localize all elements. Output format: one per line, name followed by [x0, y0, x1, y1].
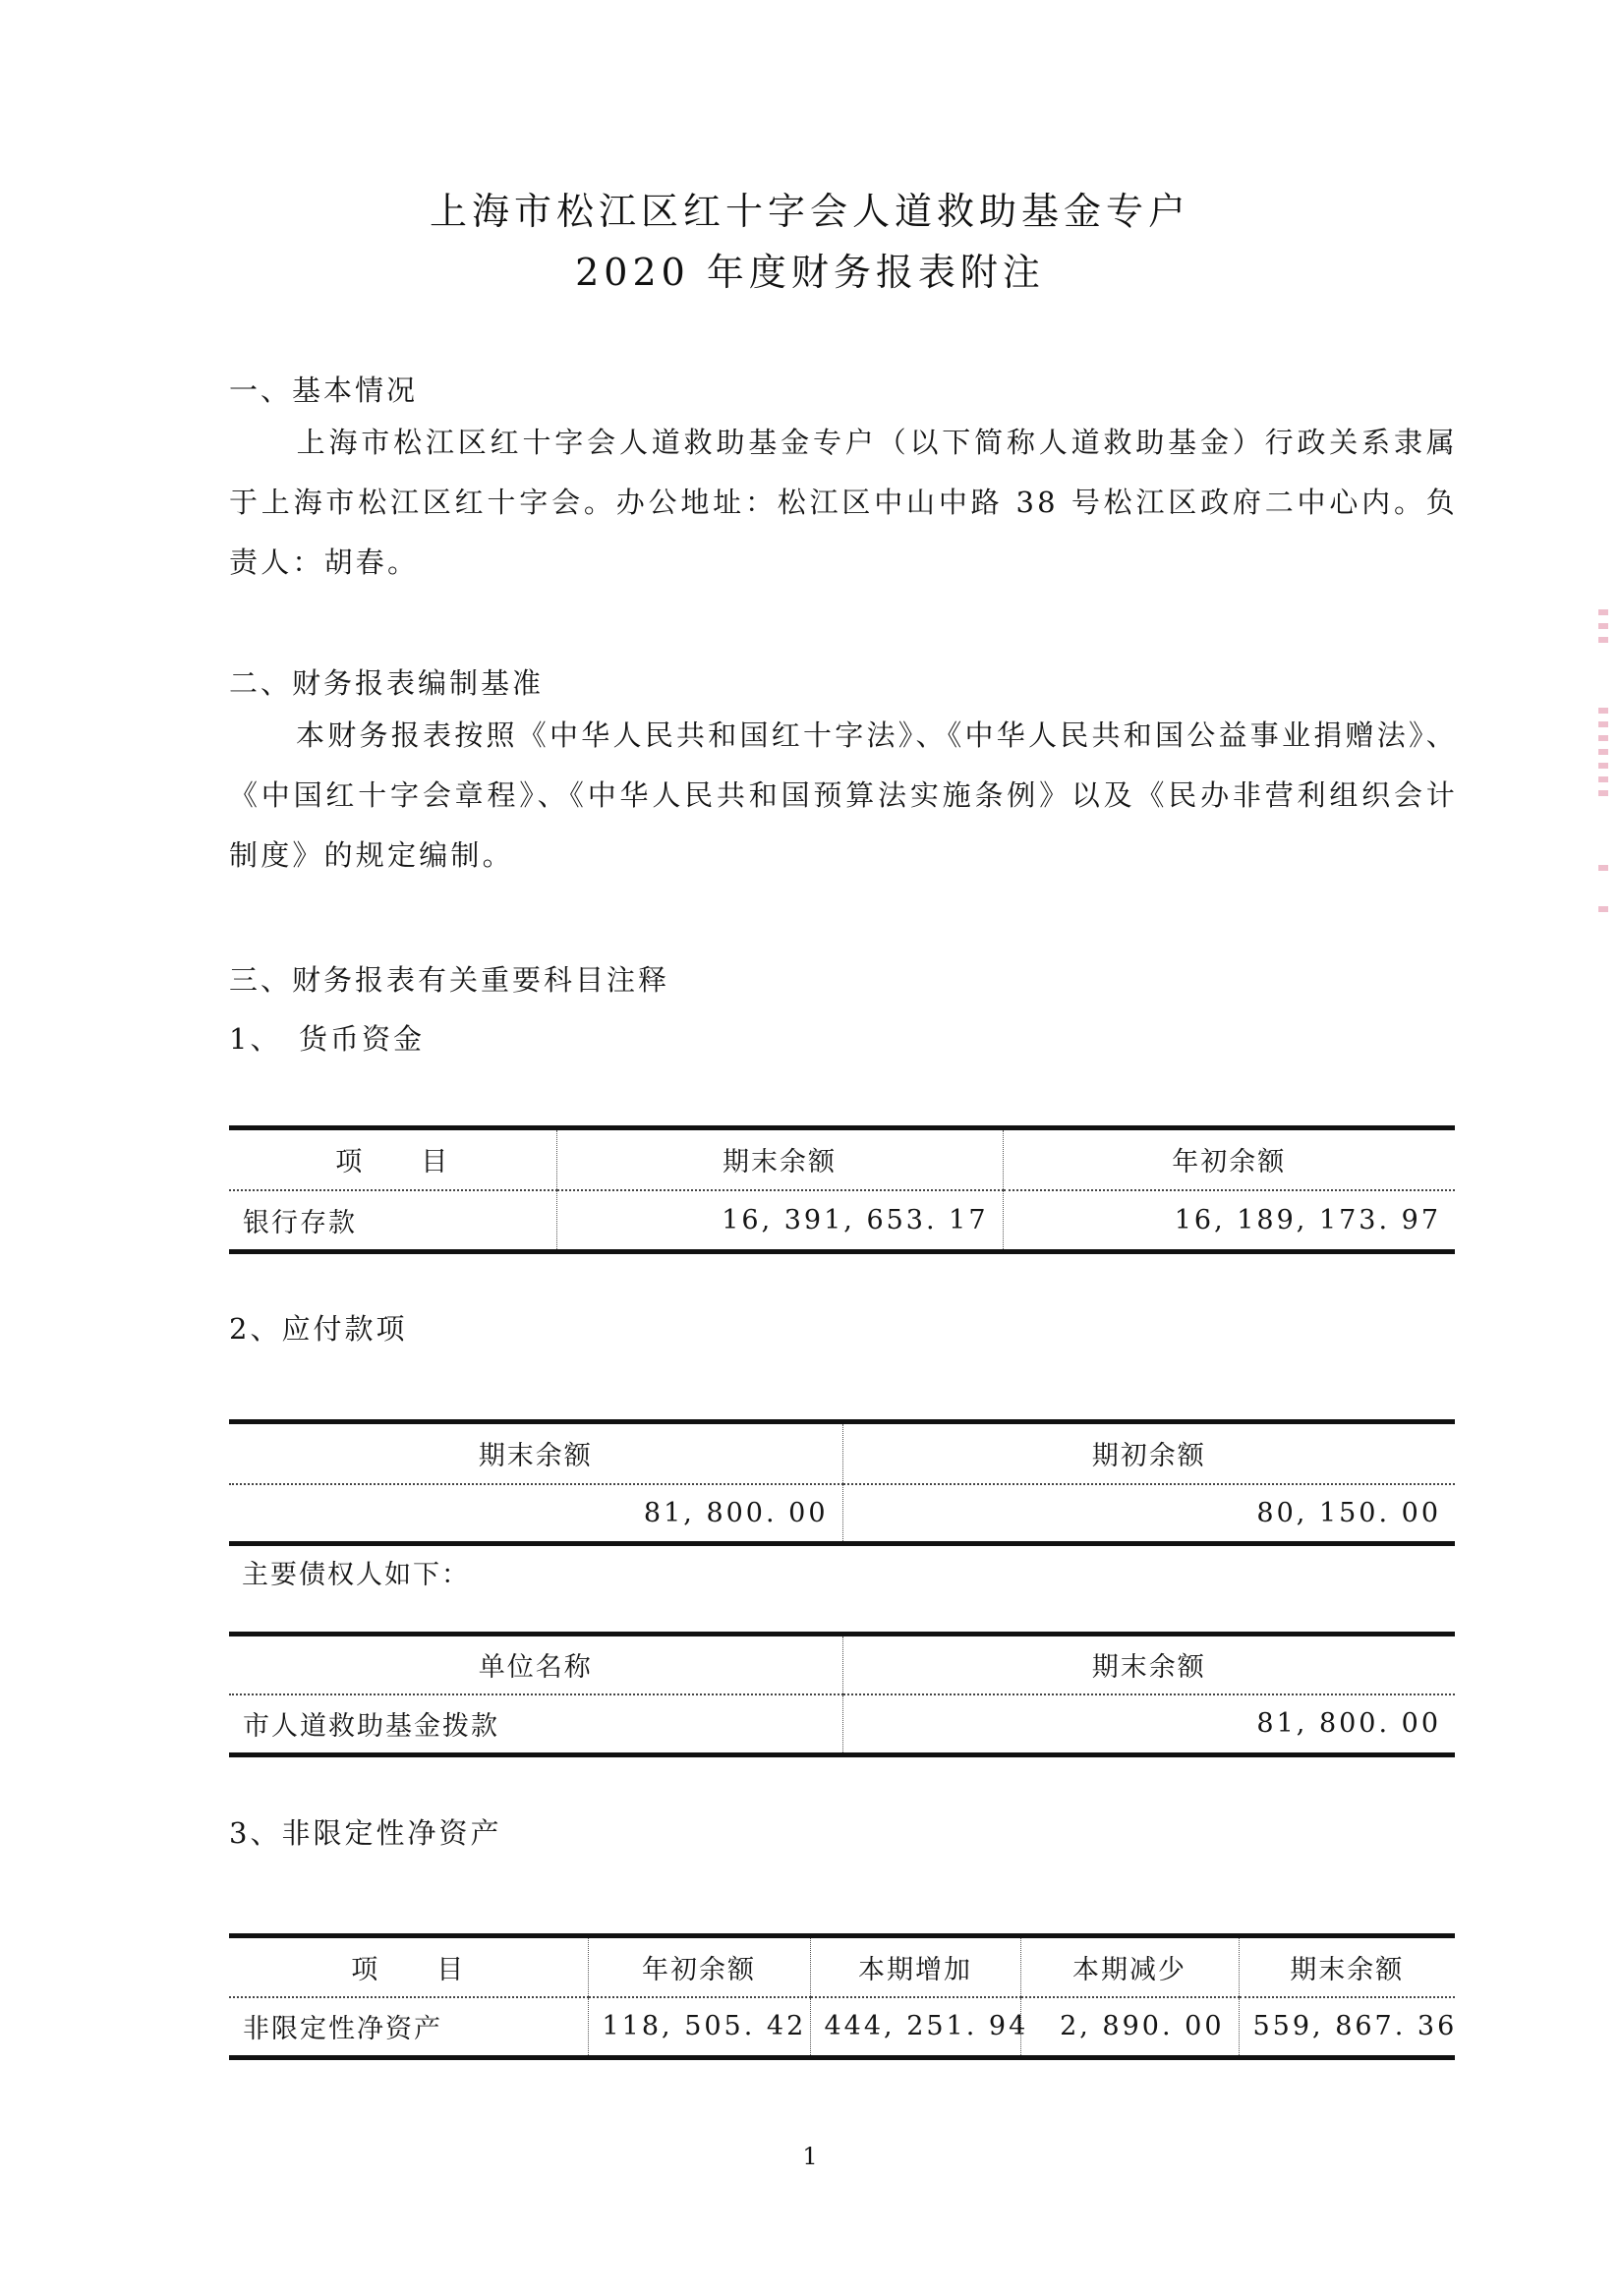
- seal-mark: [1598, 906, 1608, 916]
- section2-heading: 二、财务报表编制基准: [229, 661, 544, 702]
- seal-mark: [1598, 708, 1608, 796]
- table-header-row: 项 目 年初余额 本期增加 本期减少 期末余额: [229, 1936, 1455, 1997]
- column-header: 本期增加: [810, 1936, 1020, 1997]
- column-header: 期末余额: [842, 1635, 1455, 1694]
- table-row: 银行存款 16, 391, 653. 17 16, 189, 173. 97: [229, 1190, 1455, 1252]
- seal-mark: [1598, 865, 1608, 873]
- column-header: 单位名称: [229, 1635, 842, 1694]
- cell-value: 559, 867. 36: [1239, 1997, 1455, 2058]
- table-row: 非限定性净资产 118, 505. 42 444, 251. 94 2, 890…: [229, 1997, 1455, 2058]
- section3-heading: 三、财务报表有关重要科目注释: [229, 958, 669, 999]
- column-header: 项 目: [229, 1936, 588, 1997]
- column-header: 项 目: [229, 1128, 556, 1190]
- table-row: 81, 800. 00 80, 150. 00: [229, 1484, 1455, 1544]
- table-row: 市人道救助基金拨款 81, 800. 00: [229, 1694, 1455, 1755]
- row-label: 非限定性净资产: [229, 1997, 588, 2058]
- column-header: 本期减少: [1020, 1936, 1239, 1997]
- cell-value: 118, 505. 42: [588, 1997, 810, 2058]
- cell-value: 16, 391, 653. 17: [556, 1190, 1003, 1252]
- item2-heading: 2、应付款项: [229, 1307, 407, 1348]
- cell-value: 444, 251. 94: [810, 1997, 1020, 2058]
- section2-body-text: 本财务报表按照《中华人民共和国红十字法》、《中华人民共和国公益事业捐赠法》、《中…: [229, 718, 1458, 872]
- section1-body-text: 上海市松江区红十字会人道救助基金专户（以下简称人道救助基金）行政关系隶属于上海市…: [229, 426, 1458, 579]
- document-title-line2: 2020 年度财务报表附注: [0, 242, 1620, 296]
- creditors-caption: 主要债权人如下：: [242, 1553, 470, 1591]
- page-number: 1: [0, 2143, 1620, 2170]
- cell-value: 81, 800. 00: [229, 1484, 842, 1544]
- item3-heading: 3、非限定性净资产: [229, 1811, 501, 1852]
- cell-value: 2, 890. 00: [1020, 1997, 1239, 2058]
- table-header-row: 期末余额 期初余额: [229, 1422, 1455, 1484]
- cell-value: 80, 150. 00: [842, 1484, 1455, 1544]
- section2-body: 本财务报表按照《中华人民共和国红十字法》、《中华人民共和国公益事业捐赠法》、《中…: [229, 706, 1458, 886]
- row-label: 市人道救助基金拨款: [229, 1694, 842, 1755]
- section1-body: 上海市松江区红十字会人道救助基金专户（以下简称人道救助基金）行政关系隶属于上海市…: [229, 413, 1458, 593]
- creditors-table: 单位名称 期末余额 市人道救助基金拨款 81, 800. 00: [229, 1632, 1455, 1757]
- column-header: 期末余额: [556, 1128, 1003, 1190]
- net-assets-table: 项 目 年初余额 本期增加 本期减少 期末余额 非限定性净资产 118, 505…: [229, 1933, 1455, 2060]
- column-header: 期初余额: [842, 1422, 1455, 1484]
- table-header-row: 单位名称 期末余额: [229, 1635, 1455, 1694]
- column-header: 年初余额: [588, 1936, 810, 1997]
- cash-table: 项 目 期末余额 年初余额 银行存款 16, 391, 653. 17 16, …: [229, 1125, 1455, 1254]
- section1-heading: 一、基本情况: [229, 369, 418, 409]
- table-header-row: 项 目 期末余额 年初余额: [229, 1128, 1455, 1190]
- column-header: 期末余额: [229, 1422, 842, 1484]
- column-header: 年初余额: [1003, 1128, 1455, 1190]
- seal-mark: [1598, 609, 1608, 649]
- column-header: 期末余额: [1239, 1936, 1455, 1997]
- row-label: 银行存款: [229, 1190, 556, 1252]
- cell-value: 81, 800. 00: [842, 1694, 1455, 1755]
- document-title-line1: 上海市松江区红十字会人道救助基金专户: [0, 181, 1620, 235]
- cell-value: 16, 189, 173. 97: [1003, 1190, 1455, 1252]
- item1-heading: 1、 货币资金: [229, 1017, 425, 1058]
- payables-table: 期末余额 期初余额 81, 800. 00 80, 150. 00: [229, 1419, 1455, 1546]
